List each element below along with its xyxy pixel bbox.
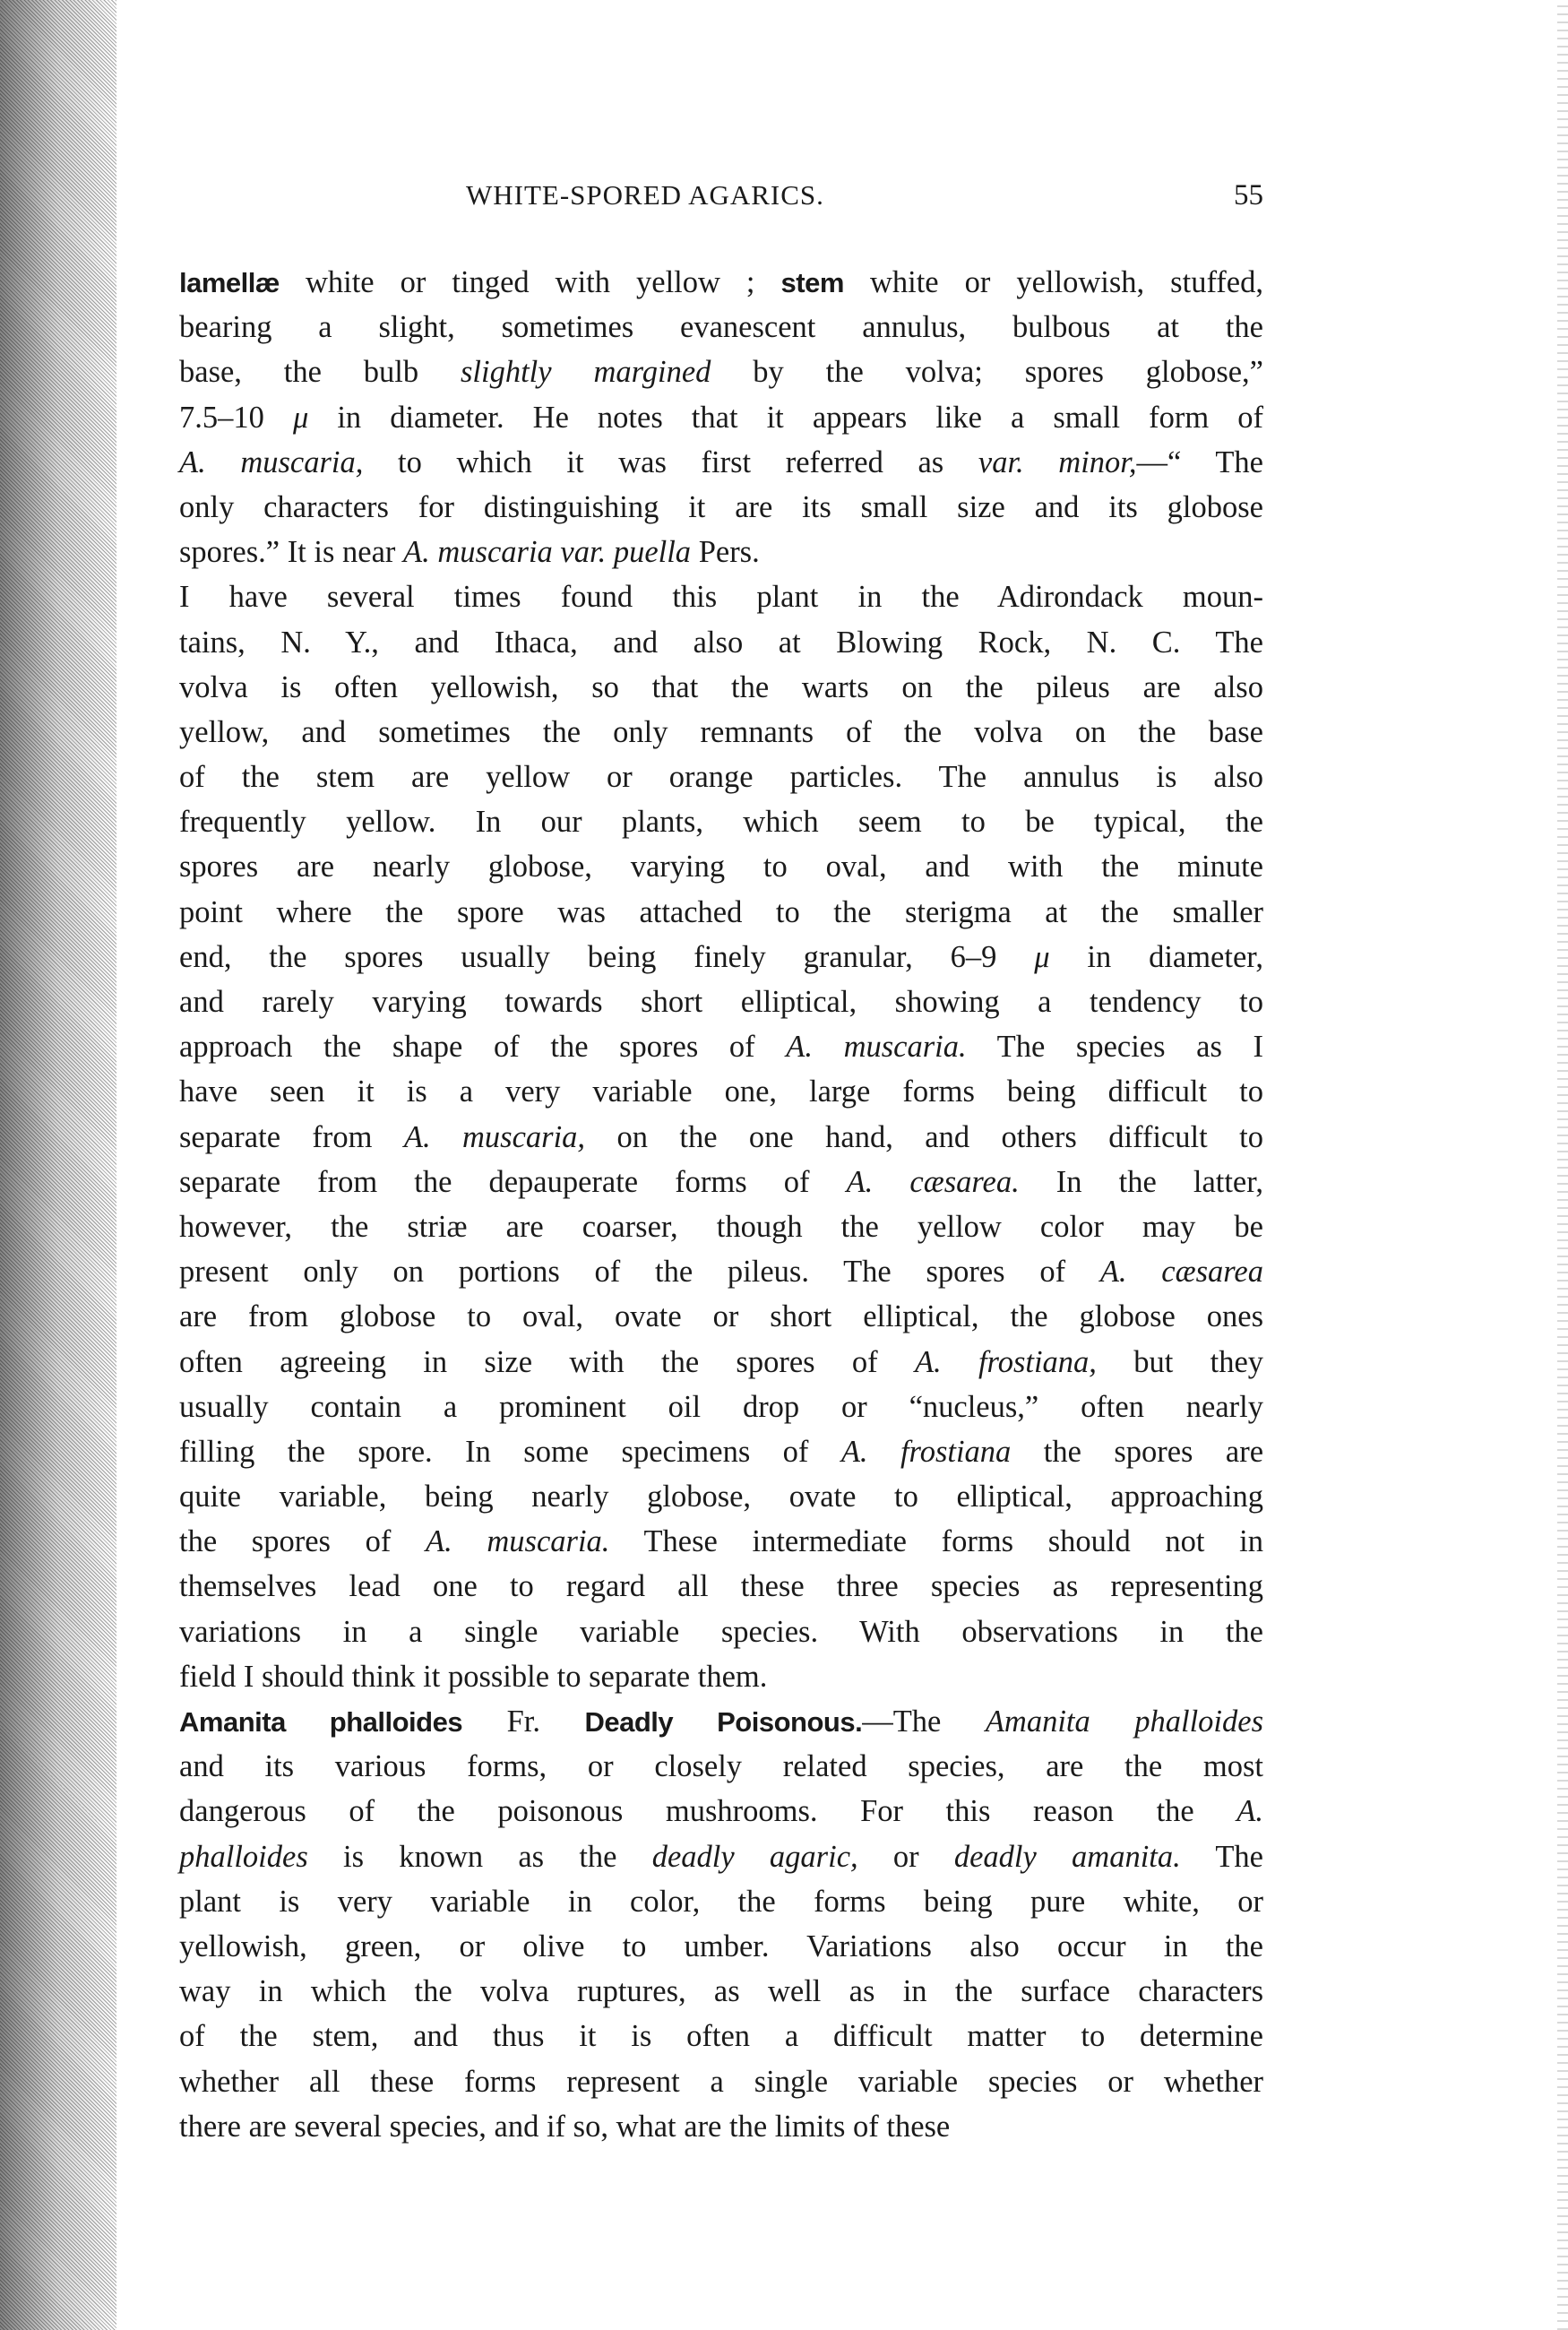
italic-term: A. muscaria. bbox=[786, 1030, 966, 1064]
text-line: plant is very variable in color, the for… bbox=[179, 1879, 1263, 1924]
italic-term: A. cæsarea. bbox=[847, 1165, 1020, 1199]
text-run: plant is very variable in color, the for… bbox=[179, 1885, 1263, 1919]
text-run: on the one hand, and others difficult to bbox=[585, 1120, 1263, 1154]
text-run: point where the spore was attached to th… bbox=[179, 895, 1263, 929]
text-run: are from globose to oval, ovate or short… bbox=[179, 1299, 1263, 1333]
text-run: tains, N. Y., and Ithaca, and also at Bl… bbox=[179, 626, 1263, 660]
text-run: yellow, and sometimes the only remnants … bbox=[179, 715, 1263, 749]
text-run: These intermediate forms should not in bbox=[609, 1524, 1263, 1558]
text-line: phalloides is known as the deadly agaric… bbox=[179, 1834, 1263, 1879]
text-line: volva is often yellowish, so that the wa… bbox=[179, 665, 1263, 710]
text-run: separate from bbox=[179, 1120, 404, 1154]
bold-term: Deadly Poisonous. bbox=[584, 1706, 862, 1738]
text-run: volva is often yellowish, so that the wa… bbox=[179, 670, 1263, 704]
italic-term: A. frostiana, bbox=[915, 1345, 1097, 1379]
text-line: and rarely varying towards short ellipti… bbox=[179, 979, 1263, 1024]
text-run: by the volva; spores globose,” bbox=[711, 355, 1263, 389]
text-line: dangerous of the poisonous mushrooms. Fo… bbox=[179, 1789, 1263, 1834]
text-run: I have several times found this plant in… bbox=[179, 580, 1263, 614]
text-run: themselves lead one to regard all these … bbox=[179, 1569, 1263, 1603]
italic-term: A. frostiana bbox=[841, 1435, 1011, 1469]
text-line: of the stem are yellow or orange particl… bbox=[179, 755, 1263, 799]
text-line: way in which the volva ruptures, as well… bbox=[179, 1969, 1263, 2014]
text-line: themselves lead one to regard all these … bbox=[179, 1564, 1263, 1609]
text-run: have seen it is a very variable one, lar… bbox=[179, 1074, 1263, 1109]
text-run: Fr. bbox=[462, 1704, 584, 1739]
italic-term: A. muscaria, bbox=[179, 445, 363, 479]
italic-term: μ bbox=[293, 401, 308, 435]
text-line: I have several times found this plant in… bbox=[179, 574, 1263, 619]
bold-term: stem bbox=[781, 267, 844, 298]
italic-term: A. cæsarea bbox=[1100, 1255, 1263, 1289]
text-run: the spores are bbox=[1011, 1435, 1263, 1469]
text-run: dangerous of the poisonous mushrooms. Fo… bbox=[179, 1794, 1236, 1828]
running-head: WHITE-SPORED AGARICS. bbox=[466, 179, 824, 211]
text-run: spores are nearly globose, varying to ov… bbox=[179, 850, 1263, 884]
text-run: and rarely varying towards short ellipti… bbox=[179, 985, 1263, 1019]
text-run: whether all these forms represent a sing… bbox=[179, 2065, 1263, 2099]
text-line: there are several species, and if so, wh… bbox=[179, 2104, 1263, 2149]
text-run: —The bbox=[862, 1704, 986, 1739]
page-number: 55 bbox=[1234, 179, 1263, 212]
italic-term: slightly margined bbox=[461, 355, 711, 389]
text-line: approach the shape of the spores of A. m… bbox=[179, 1024, 1263, 1069]
text-run: to which it was first referred as bbox=[363, 445, 978, 479]
italic-term: Amanita phalloides bbox=[986, 1704, 1263, 1739]
text-line: yellowish, green, or olive to umber. Var… bbox=[179, 1924, 1263, 1969]
text-run: frequently yellow. In our plants, which … bbox=[179, 805, 1263, 839]
text-line: spores are nearly globose, varying to ov… bbox=[179, 844, 1263, 889]
text-line: 7.5–10 μ in diameter. He notes that it a… bbox=[179, 395, 1263, 440]
text-line: frequently yellow. In our plants, which … bbox=[179, 799, 1263, 844]
italic-term: A. muscaria var. puella bbox=[403, 535, 691, 569]
italic-term: var. minor, bbox=[978, 445, 1137, 479]
text-run: only characters for distinguishing it ar… bbox=[179, 490, 1263, 524]
text-run: end, the spores usually being finely gra… bbox=[179, 940, 1034, 974]
text-line: A. muscaria, to which it was first refer… bbox=[179, 440, 1263, 485]
text-line: filling the spore. In some specimens of … bbox=[179, 1429, 1263, 1474]
text-run: base, the bulb bbox=[179, 355, 461, 389]
paragraph-p1: lamellæ white or tinged with yellow ; st… bbox=[179, 260, 1263, 574]
text-line: end, the spores usually being finely gra… bbox=[179, 935, 1263, 979]
text-line: tains, N. Y., and Ithaca, and also at Bl… bbox=[179, 620, 1263, 665]
text-run: there are several species, and if so, wh… bbox=[179, 2110, 950, 2144]
text-run: is known as the bbox=[308, 1840, 652, 1874]
text-line: usually contain a prominent oil drop or … bbox=[179, 1385, 1263, 1429]
scan-gutter-shadow bbox=[0, 0, 116, 2330]
text-run: 7.5–10 bbox=[179, 401, 293, 435]
text-run: separate from the depauperate forms of bbox=[179, 1165, 847, 1199]
text-line: and its various forms, or closely relate… bbox=[179, 1744, 1263, 1789]
text-line: variations in a single variable species.… bbox=[179, 1609, 1263, 1654]
text-run: The bbox=[1181, 1840, 1263, 1874]
page-header: WHITE-SPORED AGARICS. 55 bbox=[179, 179, 1263, 224]
text-run: but they bbox=[1097, 1345, 1263, 1379]
text-run: bearing a slight, sometimes evanescent a… bbox=[179, 310, 1263, 344]
text-line: often agreeing in size with the spores o… bbox=[179, 1340, 1263, 1385]
italic-term: A. muscaria. bbox=[426, 1524, 609, 1558]
italic-term: A. bbox=[1236, 1794, 1263, 1828]
bold-term: lamellæ bbox=[179, 267, 280, 298]
text-run: approach the shape of the spores of bbox=[179, 1030, 786, 1064]
text-line: point where the spore was attached to th… bbox=[179, 890, 1263, 935]
text-line: have seen it is a very variable one, lar… bbox=[179, 1069, 1263, 1114]
text-run: of the stem are yellow or orange particl… bbox=[179, 760, 1263, 794]
text-run: present only on portions of the pileus. … bbox=[179, 1255, 1100, 1289]
text-run: In the latter, bbox=[1020, 1165, 1263, 1199]
paragraph-p3: Amanita phalloides Fr. Deadly Poisonous.… bbox=[179, 1699, 1263, 2149]
text-run: variations in a single variable species.… bbox=[179, 1615, 1263, 1649]
text-run: white or yellowish, stuffed, bbox=[844, 265, 1263, 299]
text-line: are from globose to oval, ovate or short… bbox=[179, 1294, 1263, 1339]
text-run: Pers. bbox=[691, 535, 760, 569]
text-run: however, the striæ are coarser, though t… bbox=[179, 1210, 1263, 1244]
text-run: yellowish, green, or olive to umber. Var… bbox=[179, 1929, 1263, 1963]
text-line: present only on portions of the pileus. … bbox=[179, 1249, 1263, 1294]
text-run: white or tinged with yellow ; bbox=[280, 265, 781, 299]
bold-term: Amanita phalloides bbox=[179, 1706, 462, 1738]
text-line: only characters for distinguishing it ar… bbox=[179, 485, 1263, 530]
italic-term: μ bbox=[1034, 940, 1049, 974]
text-run: in diameter. He notes that it appears li… bbox=[308, 401, 1263, 435]
text-line: separate from the depauperate forms of A… bbox=[179, 1160, 1263, 1204]
text-run: the spores of bbox=[179, 1524, 426, 1558]
text-run: often agreeing in size with the spores o… bbox=[179, 1345, 915, 1379]
text-line: of the stem, and thus it is often a diff… bbox=[179, 2014, 1263, 2058]
text-line: separate from A. muscaria, on the one ha… bbox=[179, 1115, 1263, 1160]
text-line: quite variable, being nearly globose, ov… bbox=[179, 1474, 1263, 1519]
text-line: base, the bulb slightly margined by the … bbox=[179, 349, 1263, 394]
text-line: yellow, and sometimes the only remnants … bbox=[179, 710, 1263, 755]
text-run: spores.” It is near bbox=[179, 535, 403, 569]
text-run: The species as I bbox=[967, 1030, 1263, 1064]
text-line: however, the striæ are coarser, though t… bbox=[179, 1204, 1263, 1249]
italic-term: deadly agaric, bbox=[652, 1840, 858, 1874]
page-body: lamellæ white or tinged with yellow ; st… bbox=[179, 260, 1263, 2149]
italic-term: A. muscaria, bbox=[404, 1120, 585, 1154]
text-line: the spores of A. muscaria. These interme… bbox=[179, 1519, 1263, 1564]
paragraph-p2: I have several times found this plant in… bbox=[179, 574, 1263, 1699]
text-run: in diameter, bbox=[1050, 940, 1263, 974]
text-line: bearing a slight, sometimes evanescent a… bbox=[179, 305, 1263, 349]
scan-right-edge bbox=[1557, 0, 1568, 2330]
text-run: —“ The bbox=[1137, 445, 1263, 479]
text-run: and its various forms, or closely relate… bbox=[179, 1749, 1263, 1783]
italic-term: phalloides bbox=[179, 1840, 308, 1874]
text-run: field I should think it possible to sepa… bbox=[179, 1660, 767, 1694]
text-run: usually contain a prominent oil drop or … bbox=[179, 1390, 1263, 1424]
text-run: way in which the volva ruptures, as well… bbox=[179, 1974, 1263, 2008]
text-line: Amanita phalloides Fr. Deadly Poisonous.… bbox=[179, 1699, 1263, 1744]
text-run: of the stem, and thus it is often a diff… bbox=[179, 2019, 1263, 2053]
italic-term: deadly amanita. bbox=[954, 1840, 1181, 1874]
text-line: lamellæ white or tinged with yellow ; st… bbox=[179, 260, 1263, 305]
text-line: spores.” It is near A. muscaria var. pue… bbox=[179, 530, 1263, 574]
text-run: quite variable, being nearly globose, ov… bbox=[179, 1480, 1263, 1514]
text-run: filling the spore. In some specimens of bbox=[179, 1435, 841, 1469]
text-run: or bbox=[858, 1840, 954, 1874]
text-line: whether all these forms represent a sing… bbox=[179, 2059, 1263, 2104]
text-line: field I should think it possible to sepa… bbox=[179, 1654, 1263, 1699]
